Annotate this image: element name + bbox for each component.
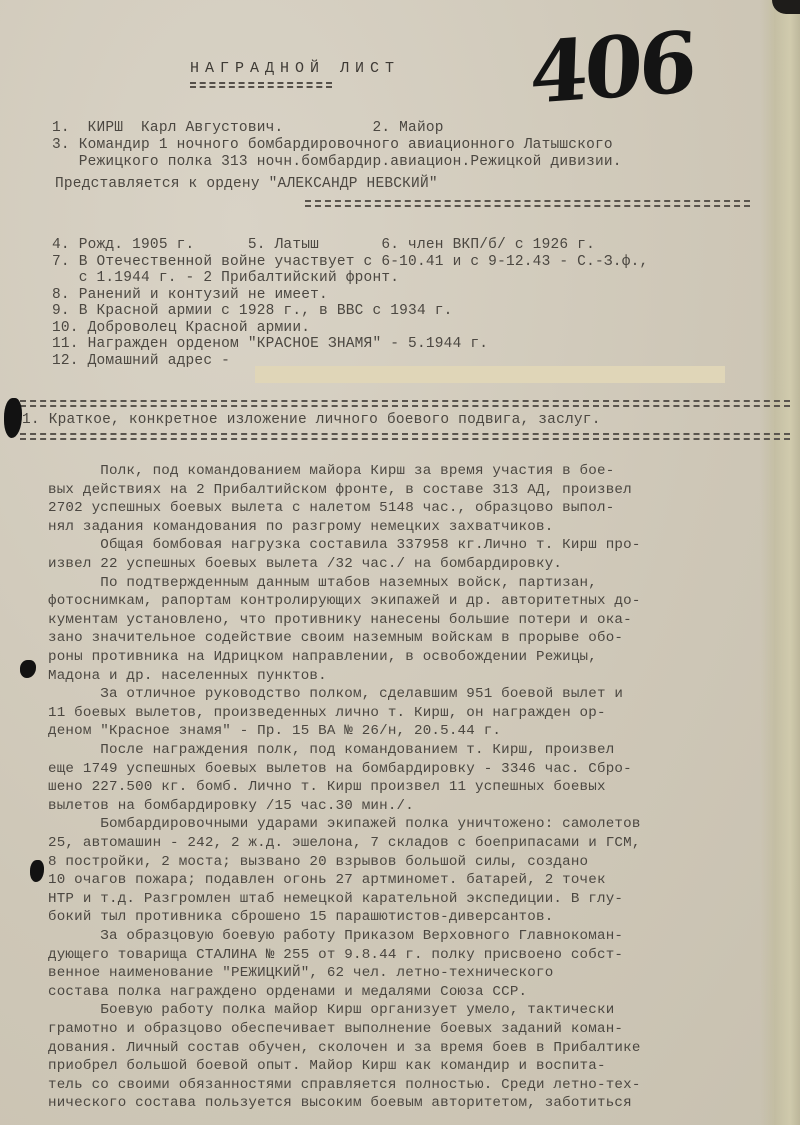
body-line: нял задания командования по разгрому нем… xyxy=(48,519,553,536)
body-line: вых действиях на 2 Прибалтийском фронте,… xyxy=(48,482,632,499)
document-title: НАГРАДНОЙ ЛИСТ xyxy=(190,60,400,77)
detail-line: 9. В Красной армии с 1928 г., в ВВС с 19… xyxy=(52,303,453,320)
detail-line: с 1.1944 г. - 2 Прибалтийский фронт. xyxy=(52,270,399,287)
nomination-underline xyxy=(305,200,750,207)
nomination-line: Представляется к ордену "АЛЕКСАНДР НЕВСК… xyxy=(55,176,438,193)
body-line: кументам установлено, что противнику нан… xyxy=(48,612,632,629)
detail-line: 7. В Отечественной войне участвует с 6-1… xyxy=(52,254,648,271)
detail-line: 10. Доброволец Красной армии. xyxy=(52,320,310,337)
detail-line: 8. Ранений и контузий не имеет. xyxy=(52,287,328,304)
redacted-home-address xyxy=(255,366,725,383)
body-line: извел 22 успешных боевых вылета /32 час.… xyxy=(48,556,562,573)
body-line: По подтвержденным данным штабов наземных… xyxy=(48,575,597,592)
header-line: 3. Командир 1 ночного бомбардировочного … xyxy=(52,137,613,154)
body-line: НТР и т.д. Разгромлен штаб немецкой кара… xyxy=(48,891,623,908)
body-line: Полк, под командованием майора Кирш за в… xyxy=(48,463,614,480)
body-line: шено 227.500 кг. бомб. Лично т. Кирш про… xyxy=(48,779,606,796)
body-line: венное наименование "РЕЖИЦКИЙ", 62 чел. … xyxy=(48,965,553,982)
header-line: 1. КИРШ Карл Августович. 2. Майор xyxy=(52,120,444,137)
body-line: Бомбардировочными ударами экипажей полка… xyxy=(48,816,641,833)
detail-line: 4. Рожд. 1905 г. 5. Латыш 6. член ВКП/б/… xyxy=(52,237,595,254)
body-line: 8 постройки, 2 моста; вызвано 20 взрывов… xyxy=(48,854,588,871)
body-line: вылетов на бомбардировку /15 час.30 мин.… xyxy=(48,798,414,815)
body-line: 10 очагов пожара; подавлен огонь 27 артм… xyxy=(48,872,606,889)
body-line: Мадона и др. населенных пунктов. xyxy=(48,668,327,685)
body-line: 2702 успешных боевых вылета с налетом 51… xyxy=(48,500,614,517)
body-line: дующего товарища СТАЛИНА № 255 от 9.8.44… xyxy=(48,947,623,964)
handwritten-archive-number: 406 xyxy=(528,12,694,123)
body-line: тель со своими обязанностями справляется… xyxy=(48,1077,641,1094)
body-line: грамотно и образцово обеспечивает выполн… xyxy=(48,1021,623,1038)
detail-line: 11. Награжден орденом "КРАСНОЕ ЗНАМЯ" - … xyxy=(52,336,488,353)
body-line: Общая бомбовая нагрузка составила 337958… xyxy=(48,537,641,554)
detail-line: 12. Домашний адрес - xyxy=(52,353,230,370)
body-line: фотоснимкам, рапортам контролирующих эки… xyxy=(48,593,641,610)
body-line: еще 1749 успешных боевых вылетов на бомб… xyxy=(48,761,632,778)
body-line: За образцовую боевую работу Приказом Вер… xyxy=(48,928,623,945)
body-line: Боевую работу полка майор Кирш организуе… xyxy=(48,1002,614,1019)
body-line: роны противника на Идрицком направлении,… xyxy=(48,649,597,666)
body-line: зано значительное содействие своим назем… xyxy=(48,630,623,647)
body-line: После награждения полк, под командование… xyxy=(48,742,614,759)
body-line: нического состава пользуется высоким бое… xyxy=(48,1095,632,1112)
body-line: За отличное руководство полком, сделавши… xyxy=(48,686,623,703)
section-top-rule xyxy=(20,400,790,407)
body-line: приобрел большой боевой опыт. Майор Кирш… xyxy=(48,1058,606,1075)
section-heading: 1. Краткое, конкретное изложение личного… xyxy=(22,412,601,429)
body-line: бокий тыл противника сброшено 15 парашют… xyxy=(48,909,553,926)
body-line: деном "Красное знамя" - Пр. 15 ВА № 26/н… xyxy=(48,723,501,740)
body-line: дования. Личный состав обучен, сколочен … xyxy=(48,1040,641,1057)
body-line: 11 боевых вылетов, произведенных лично т… xyxy=(48,705,606,722)
header-line: Режицкого полка 313 ночн.бомбардир.авиац… xyxy=(52,154,622,171)
title-underline xyxy=(190,82,332,88)
section-bottom-rule xyxy=(20,433,790,440)
body-line: состава полка награждено орденами и меда… xyxy=(48,984,527,1001)
body-line: 25, автомашин - 242, 2 ж.д. эшелона, 7 с… xyxy=(48,835,641,852)
